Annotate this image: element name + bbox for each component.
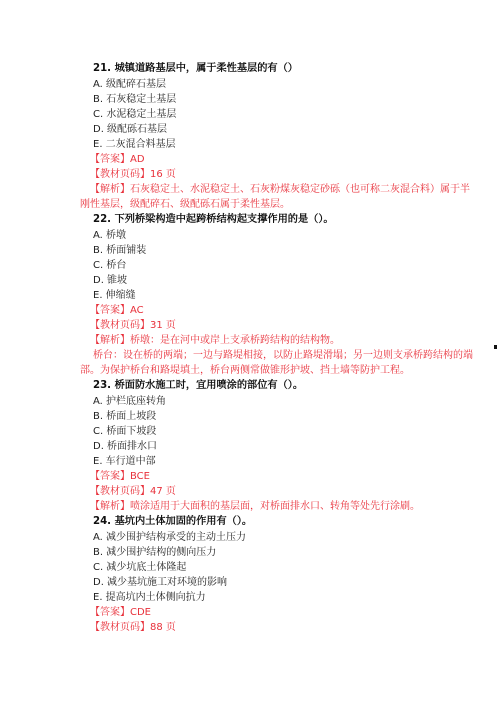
question-21-page: 【教材页码】16 页 [90,168,176,182]
question-23-option-b: B. 桥面上坡段 [93,410,156,424]
question-21-option-b: B. 石灰稳定土基层 [93,93,176,107]
question-24-title: 24. 基坑内土体加固的作用有（）。 [93,515,252,529]
question-22-analysis-line-1: 【解析】桥墩：是在河中或岸上支承桥跨结构的结构物。 [90,334,340,348]
question-21-option-d: D. 级配砾石基层 [93,123,167,137]
question-24-option-a: A. 减少围护结构承受的主动土压力 [93,531,246,545]
question-24-option-b: B. 减少围护结构的侧向压力 [93,546,216,560]
question-21-option-a: A. 级配碎石基层 [93,78,166,92]
question-21-title: 21. 城镇道路基层中，属于柔性基层的有（） [93,62,298,76]
document-page: 21. 城镇道路基层中，属于柔性基层的有（） A. 级配碎石基层 B. 石灰稳定… [0,0,499,706]
question-23-analysis-line-1: 【解析】喷涂适用于大面积的基层面，对桥面排水口、转角等处先行涂刷。 [90,500,420,514]
question-21-option-c: C. 水泥稳定土基层 [93,108,176,122]
question-22-option-d: D. 锥坡 [93,274,127,288]
question-23-option-e: E. 车行道中部 [93,455,156,469]
question-22-option-b: B. 桥面铺装 [93,244,146,258]
question-23-option-d: D. 桥面排水口 [93,440,157,454]
question-22-page: 【教材页码】31 页 [90,319,176,333]
question-24-option-d: D. 减少基坑施工对环境的影响 [93,576,227,590]
question-24-option-c: C. 减少坑底土体隆起 [93,561,186,575]
question-22-title: 22. 下列桥梁构造中起跨桥结构起支撑作用的是（）。 [93,213,334,227]
question-22-option-c: C. 桥台 [93,259,126,273]
question-23-title: 23. 桥面防水施工时，宜用喷涂的部位有（）。 [93,379,303,393]
question-23-option-a: A. 护栏底座转角 [93,395,166,409]
question-24-option-e: E. 提高坑内土体侧向抗力 [93,591,206,605]
question-22-option-a: A. 桥墩 [93,229,126,243]
question-23-answer: 【答案】BCE [90,470,150,484]
question-22-option-e: E. 伸缩缝 [93,289,136,303]
question-22-analysis-line-2: 桥台：设在桥的两端；一边与路堤相接，以防止路堤滑塌；另一边则支承桥跨结构的端 [93,349,473,363]
question-21-analysis-line-1: 【解析】石灰稳定土、水泥稳定土、石灰粉煤灰稳定砂砾（也可称二灰混合料）属于半 [90,183,470,197]
edge-mark [494,345,497,349]
question-24-page: 【教材页码】88 页 [90,621,176,635]
question-24-answer: 【答案】CDE [90,606,151,620]
question-22-answer: 【答案】AC [90,304,144,318]
question-21-option-e: E. 二灰混合料基层 [93,138,176,152]
question-21-analysis-line-2: 刚性基层，级配碎石、级配砾石属于柔性基层。 [80,198,290,212]
question-23-option-c: C. 桥面下坡段 [93,425,156,439]
question-21-answer: 【答案】AD [90,153,145,167]
question-23-page: 【教材页码】47 页 [90,485,176,499]
question-22-analysis-line-3: 部。为保护桥台和路堤填土，桥台两侧常做锥形护坡、挡土墙等防护工程。 [80,364,410,378]
